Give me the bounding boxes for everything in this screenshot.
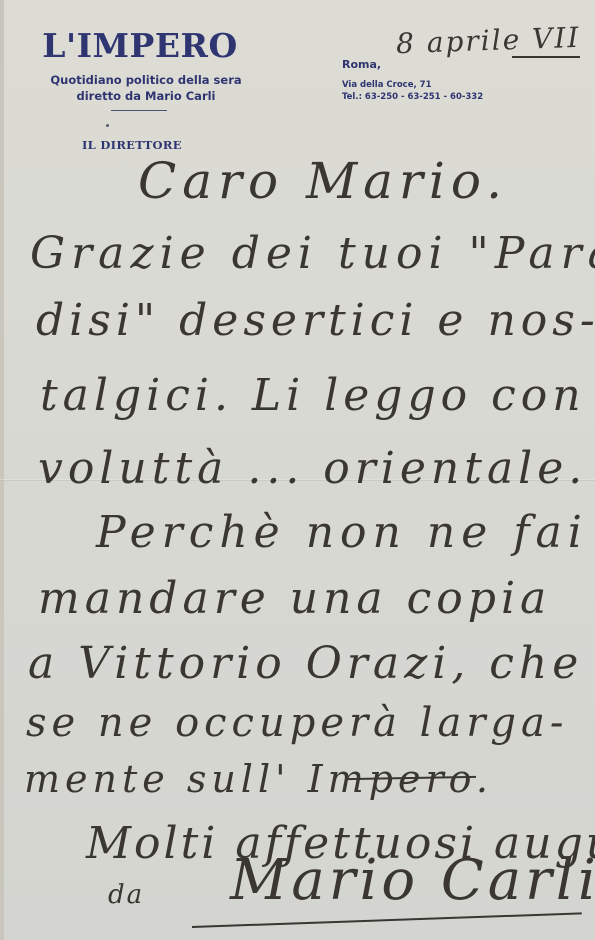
handwritten-line-7: mandare una copia xyxy=(38,573,551,624)
handwritten-line-6: Perchè non ne fai xyxy=(96,507,588,558)
letterhead-dot xyxy=(106,124,109,127)
signature-underline xyxy=(192,912,582,928)
handwritten-line-2: Grazie dei tuoi "Para xyxy=(30,228,595,279)
handwritten-line-3: disi" desertici e nos- xyxy=(36,295,595,346)
handwritten-closing: da xyxy=(108,880,144,910)
letterhead-subtitle: Quotidiano politico della sera diretto d… xyxy=(12,72,280,104)
letterhead-title: L'IMPERO xyxy=(30,28,250,64)
handwritten-line-8: a Vittorio Orazi, che xyxy=(28,638,583,689)
letterhead-role: IL DIRETTORE xyxy=(82,138,182,152)
letterhead-subtitle-line1: Quotidiano politico della sera xyxy=(12,72,280,88)
letterhead-address: Via della Croce, 71 xyxy=(342,80,432,90)
letter-sheet: L'IMPERO Quotidiano politico della sera … xyxy=(0,0,595,940)
letterhead-city: Roma, xyxy=(342,58,381,71)
handwritten-line-9: se ne occuperà larga- xyxy=(26,700,568,746)
letterhead-divider xyxy=(111,110,167,111)
date-underline xyxy=(512,56,580,58)
handwritten-date: 8 aprile VII xyxy=(395,21,580,60)
handwritten-line-10: mente sull' Impero. xyxy=(24,757,493,801)
paper-edge xyxy=(0,0,4,940)
signature: Mario Carli xyxy=(230,848,595,913)
handwritten-line-4: talgici. Li leggo con xyxy=(40,370,586,421)
letterhead-subtitle-line2: diretto da Mario Carli xyxy=(12,88,280,104)
handwritten-line-5: voluttà ... orientale. xyxy=(38,443,587,494)
handwritten-line-1: Caro Mario. xyxy=(138,152,508,210)
letterhead-telephone: Tel.: 63-250 - 63-251 - 60-332 xyxy=(342,92,483,102)
